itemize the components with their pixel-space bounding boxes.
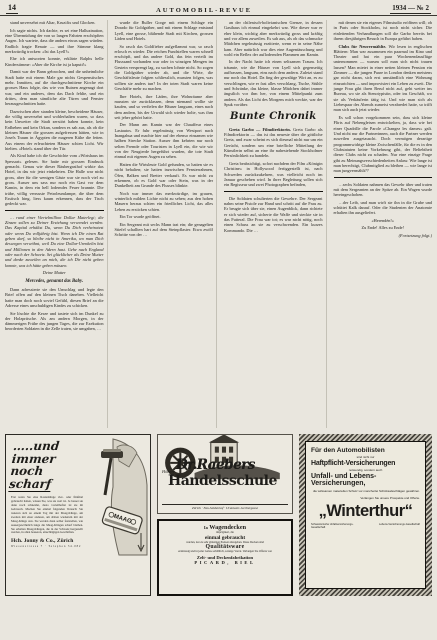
paragraph: …der Leib, und man wirft sie ihn in die … (334, 200, 433, 216)
paragraph: Damit war der Bann gebrochen, und die un… (5, 69, 104, 106)
paragraph: Ein Tor wurde geöffnet. (115, 214, 214, 219)
ad-brand: „Winterthur“ (311, 502, 420, 521)
paragraph: Noch war immer das merkwürdige, im graue… (115, 191, 214, 212)
column-3: an der chilenisch-bolivianischen Grenze,… (224, 20, 327, 428)
masthead: 14 AUTOMOBIL-REVUE 1934 — № 2 (0, 0, 437, 16)
paragraph: Die Soldaten schulterten die Gewehre. De… (224, 196, 323, 233)
paragraph: stand unversehrt mit Altar, Kruzifix und… (5, 20, 104, 25)
paragraph: Ehe ich antworten konnte, erklärte Ralph… (5, 56, 104, 67)
ad-footer-left: Schweizerische Unfallversicherungs-Gesel… (311, 523, 361, 529)
razor-hand-illustration: MAAG (83, 437, 149, 557)
paragraph: Sie löschte die Kerze und tastete sich i… (5, 311, 104, 332)
paragraph: Deine Mutter (5, 270, 104, 275)
paragraph: Ihre Hotels, ihre Läden, ihre Wohnräume … (115, 94, 214, 121)
paragraph: an der chilenisch-bolivianischen Grenze,… (224, 20, 323, 57)
ad-raebers-handelsschule: Höhere Dr.Raebers Handelsschule Zürich ·… (157, 434, 293, 514)
advertisement-row: …..und immer noch scharf MAAG E (0, 430, 437, 602)
paragraph: Hatten die Wirtsleute Gold gefunden, so … (115, 162, 214, 189)
ad-line: Für den Automobilisten (311, 447, 420, 454)
paragraph: Zu Ende! Alles zu Ende! (334, 225, 433, 230)
ad-brand-line2: Handelsschule (168, 473, 277, 489)
paragraph: Clubs für Neuvermählte. Wir lesen in eng… (334, 44, 433, 113)
advertiser-city: PICARD, BIEL (163, 560, 287, 565)
page-number: 14 (6, 3, 18, 14)
article-columns: stand unversehrt mit Altar, Kruzifix und… (0, 16, 437, 430)
paragraph: Als Kind habe ich die Geschichte vom «Wi… (5, 153, 104, 206)
paragraph: So rasch das Goldfieber aufgeflammt war,… (115, 44, 214, 92)
newspaper-page: 14 AUTOMOBIL-REVUE 1934 — № 2 stand unve… (0, 0, 437, 640)
story-heading: Mercedes, genannt das Baby. (5, 279, 104, 285)
ad-line: Versicherungen, (311, 480, 420, 487)
ad-body-copy: Erst wenn Sie eine Rasierklinge vier- od… (11, 496, 83, 535)
ad-picard-wagendecken: Ia Wagendecken imprägniert, die einmal g… (157, 519, 293, 596)
paragraph: Der Mann am Kamin war der Chauffeur eine… (115, 122, 214, 159)
section-divider (334, 177, 433, 178)
column-2: wurde die Buller Gorge mit einem Schlage… (115, 20, 218, 428)
paragraph: Es soll schon vorgekommen sein, dass sic… (334, 115, 433, 174)
ad-maag-razor: …..und immer noch scharf MAAG E (5, 434, 151, 596)
paragraph: In der Nacht hatte ich einen seltsamen T… (224, 59, 323, 107)
continuation-note: (Fortsetzung folgt.) (334, 233, 433, 238)
ad-footer-right: Lebens-Versicherungs-Gesellschaft (370, 523, 420, 529)
ad-winterthur-insurance: Für den Automobilisten sind nicht nur Ha… (299, 434, 432, 596)
paragraph: …sechs Soldaten nahmen das Gewehr über u… (334, 182, 433, 198)
ad-address-line: Zürich · Neu-Seidenhof · Uraniastr.-Gerb… (162, 504, 288, 510)
ad-product: Wagendecken (209, 524, 246, 531)
paragraph: «Herendén!» (334, 218, 433, 223)
section-divider (224, 191, 323, 192)
ad-brand-line1: Dr.Raebers (176, 457, 255, 473)
paragraph: mit denen sie ein eigenes Filmstudio erö… (334, 20, 433, 41)
ad-line: Unfall- und Lebens- (311, 473, 420, 480)
paragraph: Ein Sergeant mit sechs Mann trat ein; di… (115, 222, 214, 238)
ad-headline: …..und immer noch scharf (8, 440, 84, 492)
paragraph: wurde die Buller Gorge mit einem Schlage… (115, 20, 214, 41)
page-title: AUTOMOBIL-REVUE (156, 7, 252, 14)
paragraph: Greta beabsichtigt, sofort nachdem der F… (224, 161, 323, 188)
column-1: stand unversehrt mit Altar, Kruzifix und… (5, 20, 108, 428)
paragraph: … rund einer Viertelmillion Dollar Mater… (5, 215, 104, 268)
paragraph: Greta Garbo — Filmdirektorin. Greta Garb… (224, 127, 323, 159)
paragraph: Dann adressierte sie den Umschlag und le… (5, 287, 104, 308)
section-divider (5, 210, 104, 211)
ad-line: Haftpflicht-Versicherungen (311, 460, 420, 467)
paragraph: Ich sagte nichts. Ich dachte, es sei ein… (5, 28, 104, 55)
section-heading-bunte-chronik: Bunte Chronik (224, 111, 323, 123)
issue-date: 1934 — № 2 (390, 4, 431, 14)
column-4: mit denen sie ein eigenes Filmstudio erö… (334, 20, 433, 428)
paragraph: Dazwischen aber standen kleine, bescheid… (5, 109, 104, 152)
ad-middle-stack: Höhere Dr.Raebers Handelsschule Zürich ·… (157, 434, 293, 596)
